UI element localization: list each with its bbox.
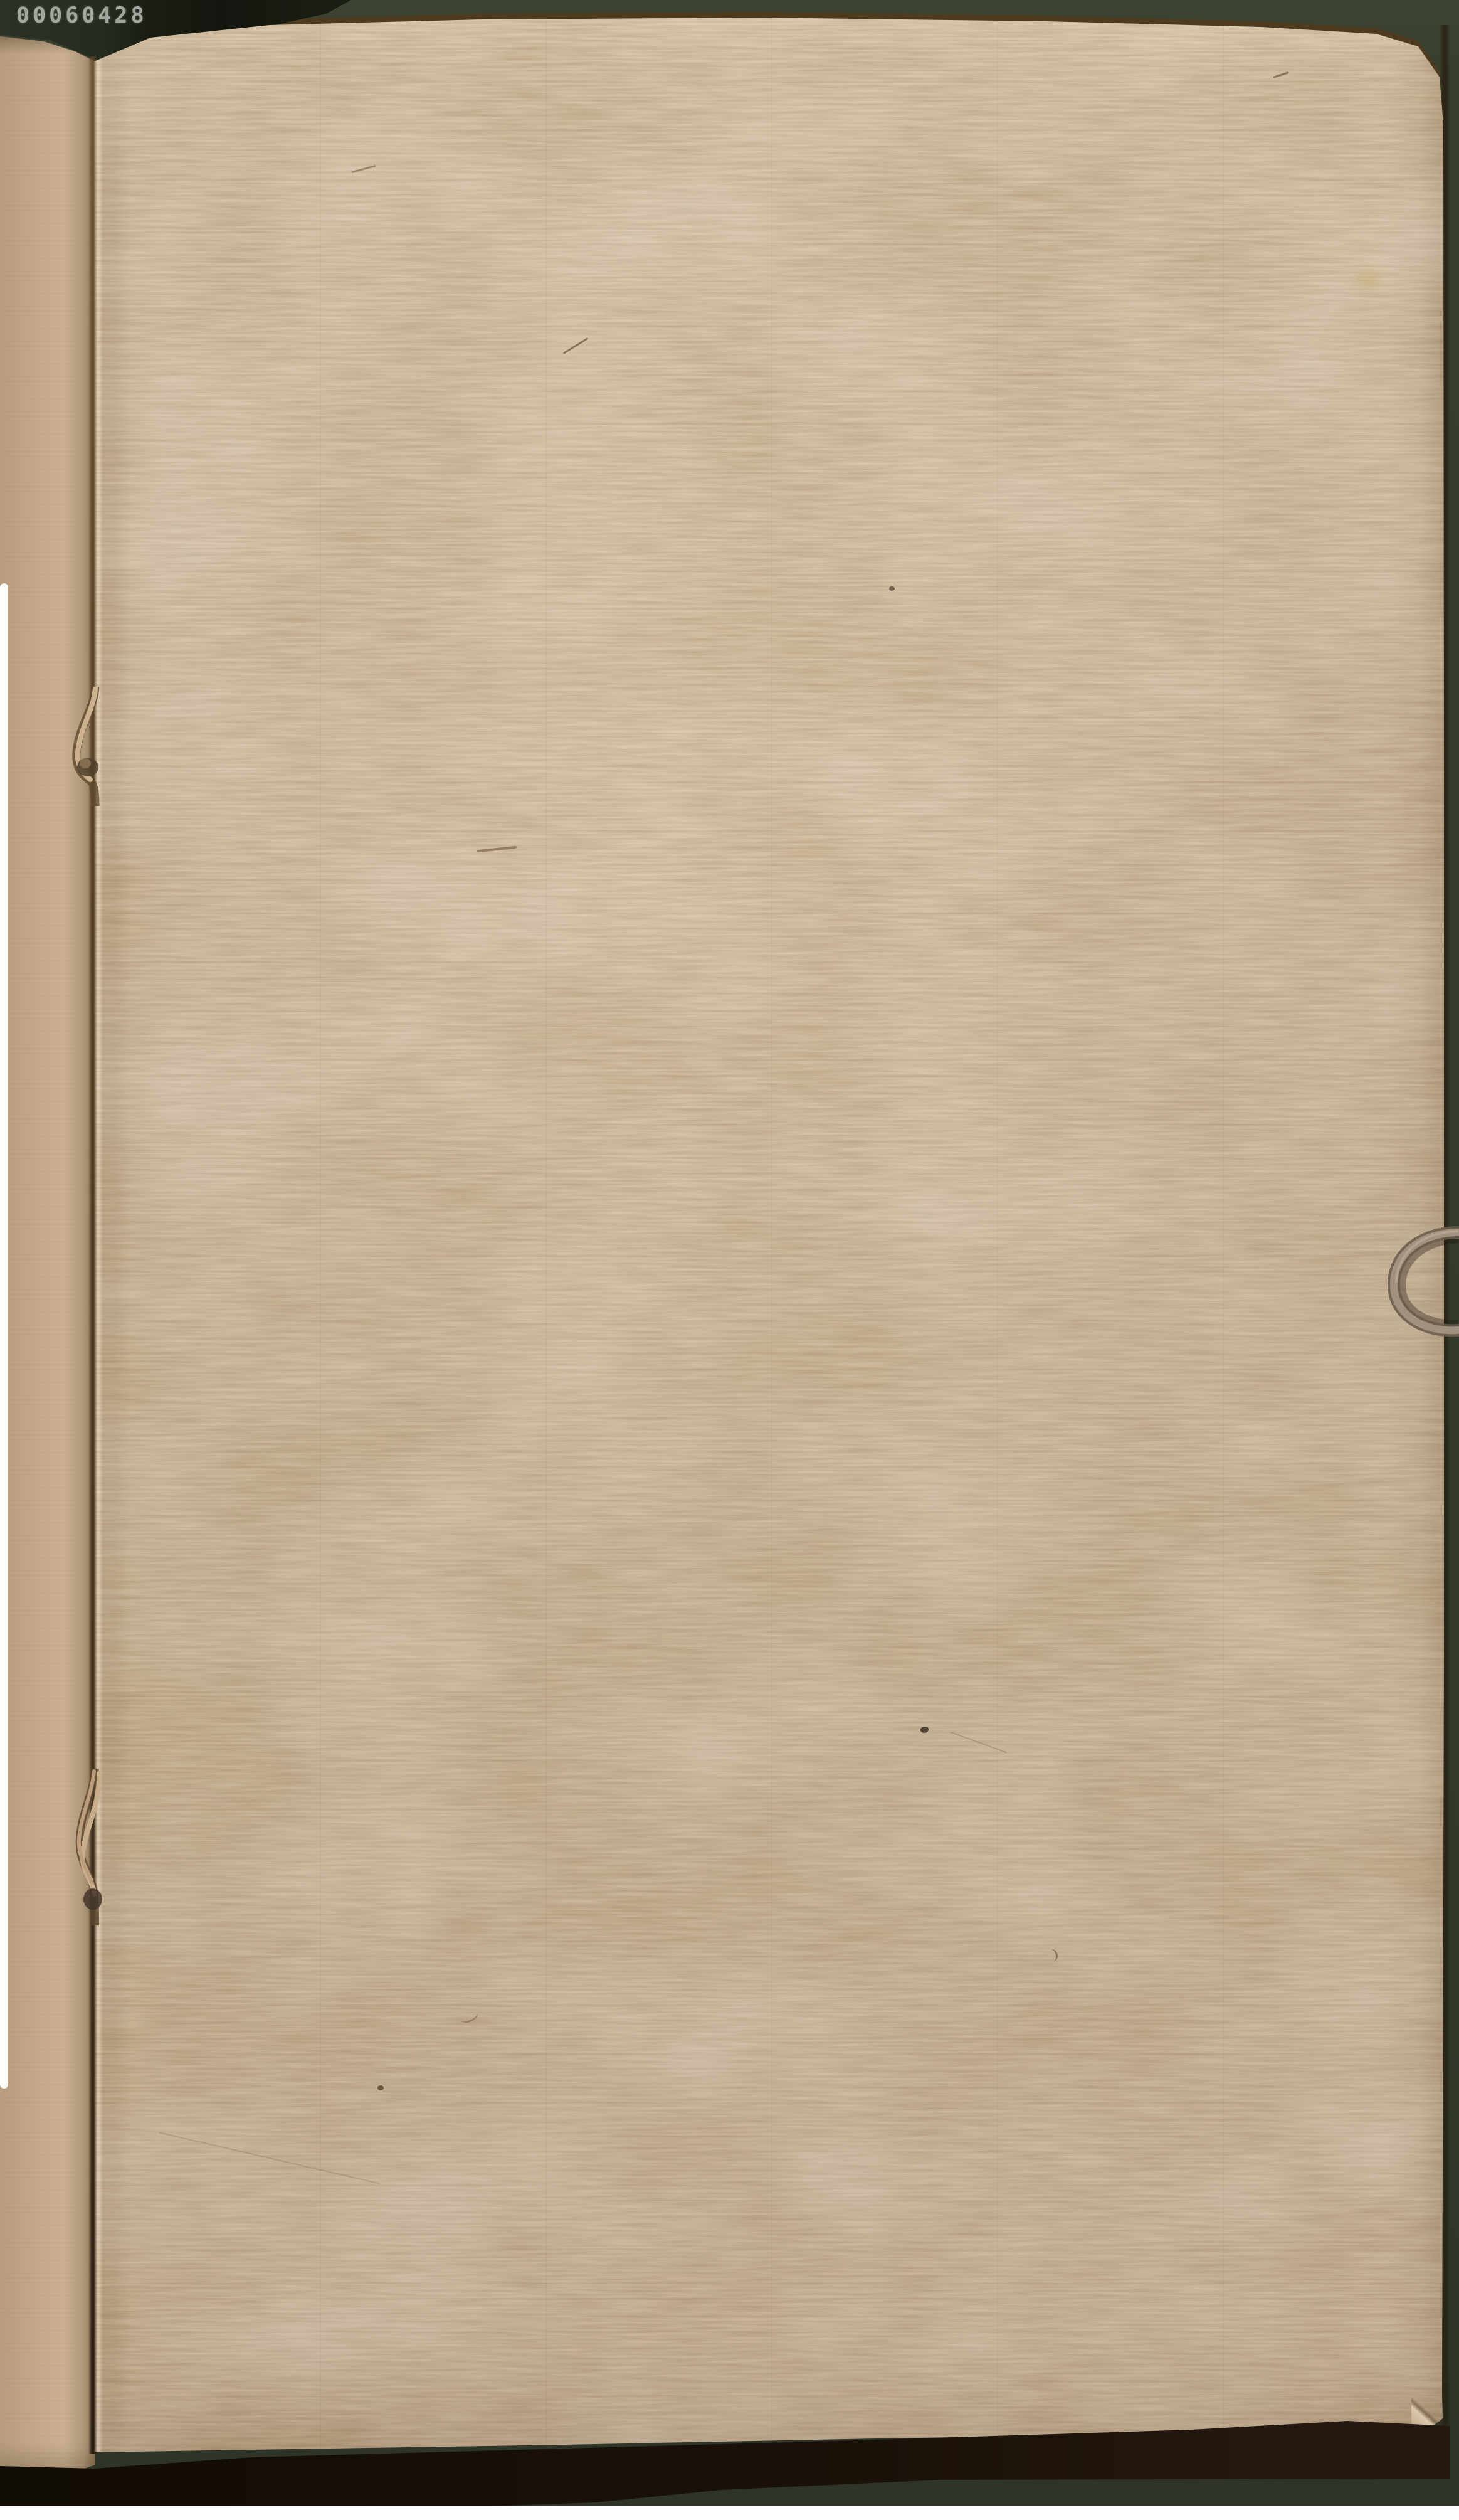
scanner-bottom-margin: [0, 2506, 1459, 2520]
cover-tie-loop: [1386, 1214, 1459, 1355]
paper-fleck: [889, 586, 895, 591]
binding-cord-upper: [63, 687, 119, 806]
page-content: [94, 18, 1444, 2455]
paper-fleck: [377, 2085, 384, 2090]
book-scan: 00060428: [0, 0, 1459, 2520]
binding-gutter-crease: [88, 56, 97, 2454]
paper-stain: [1354, 270, 1382, 289]
scanner-edge-gap: [0, 583, 8, 2089]
scan-id-stamp: 00060428: [16, 3, 147, 28]
blank-book-page: [94, 18, 1444, 2455]
facing-page-edge: [0, 25, 95, 2487]
binding-cord-lower: [63, 1769, 125, 1925]
